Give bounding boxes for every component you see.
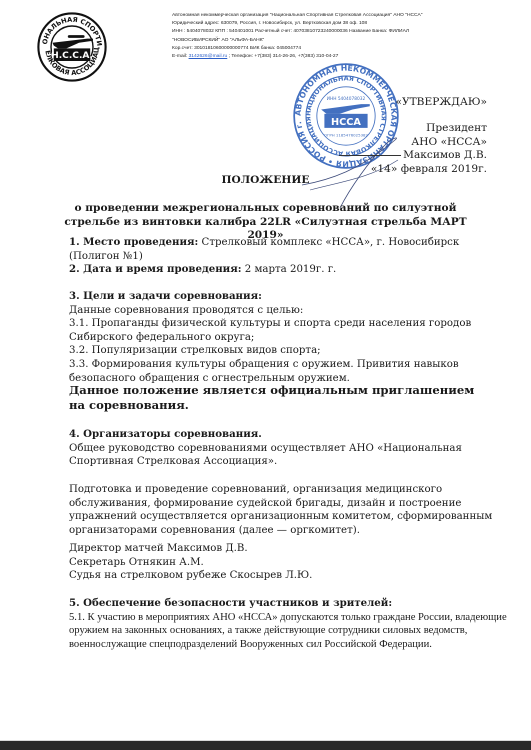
staff-list: Директор матчей Максимов Д.В. Секретарь … [69,542,509,583]
section-date: 2. Дата и время проведения: 2 марта 2019… [69,263,509,277]
letterhead-correspondent: Кор.счет: 30101810600000000774 БИК банка… [172,45,522,53]
goals-intro: Данные соревнования проводятся с целью: [69,304,509,318]
approval-title: «УТВЕРЖДАЮ» [339,96,487,109]
section-organizers-heading: 4. Организаторы соревнования. [69,428,509,442]
bottom-edge [0,741,531,750]
goal-item-3: 3.3. Формирования культуры обращения с о… [69,358,469,385]
letterhead-contacts: E-mail: 3142626@mail.ru ; Телефон: +7(38… [172,53,522,61]
section-venue: 1. Место проведения: Стрелковый комплекс… [69,236,509,263]
svg-text:Н.С.С.А.: Н.С.С.А. [51,51,93,61]
letterhead-address: Юридический адрес: 630079, Россия, г. Но… [172,20,522,28]
goal-item-2: 3.2. Популяризации стрелковых видов спор… [69,344,509,358]
email-label: E-mail: [172,54,189,59]
letterhead-org: Автономная некоммерческая организация "Н… [172,12,522,20]
invitation-notice: Данное положение является официальным пр… [69,383,489,413]
letterhead: Автономная некоммерческая организация "Н… [172,12,522,61]
section-venue-heading: 1. Место проведения: [69,236,198,248]
section-safety-heading: 5. Обеспечение безопасности участников и… [69,597,509,611]
section-date-text: 2 марта 2019г. г. [242,264,337,275]
letterhead-bank: ИНН : 5404078032 КПП : 540401001 Расчетн… [172,28,522,36]
approval-position: Президент [339,122,487,135]
staff-item: Судья на стрелковом рубеже Скосырев Л.Ю. [69,569,509,583]
safety-text: 5.1. К участию в мероприятиях АНО «НССА»… [69,611,509,652]
staff-item: Директор матчей Максимов Д.В. [69,542,509,556]
phone-text: ; Телефон: +7(383) 314-26-26, +7(383) 31… [227,54,338,59]
email-link[interactable]: 3142626@mail.ru [189,54,228,59]
section-goals: 3. Цели и задачи соревнования: Данные со… [69,290,509,385]
document-title: ПОЛОЖЕНИЕ [0,174,531,186]
organizers-committee-text: Подготовка и проведение соревнований, ор… [69,483,499,537]
goal-item-1: 3.1. Пропаганды физической культуры и сп… [69,317,479,344]
organizers-text: Общее руководство соревнованиями осущест… [69,442,509,469]
staff-item: Секретарь Отнякин А.М. [69,556,509,570]
approval-name: Максимов Д.В. [403,149,487,161]
organizers-details: Подготовка и проведение соревнований, ор… [69,483,509,537]
section-goals-heading: 3. Цели и задачи соревнования: [69,290,509,304]
approval-block: «УТВЕРЖДАЮ» Президент АНО «НССА» Максимо… [339,96,487,176]
section-date-heading: 2. Дата и время проведения: [69,263,242,275]
document-page: НАЦИОНАЛЬНАЯ СПОРТИВНАЯ СТРЕЛКОВАЯ АССОЦ… [0,0,531,741]
signature-line [339,155,401,156]
approval-signer: Максимов Д.В. [339,149,487,162]
nssa-logo-icon: НАЦИОНАЛЬНАЯ СПОРТИВНАЯ СТРЕЛКОВАЯ АССОЦ… [37,12,107,82]
section-organizers: 4. Организаторы соревнования. Общее руко… [69,428,509,469]
letterhead-bank-name: "НОВОСИБИРСКИЙ" АО "АЛЬФА-БАНК" [172,37,522,45]
approval-org: АНО «НССА» [339,136,487,149]
section-safety: 5. Обеспечение безопасности участников и… [69,597,509,651]
